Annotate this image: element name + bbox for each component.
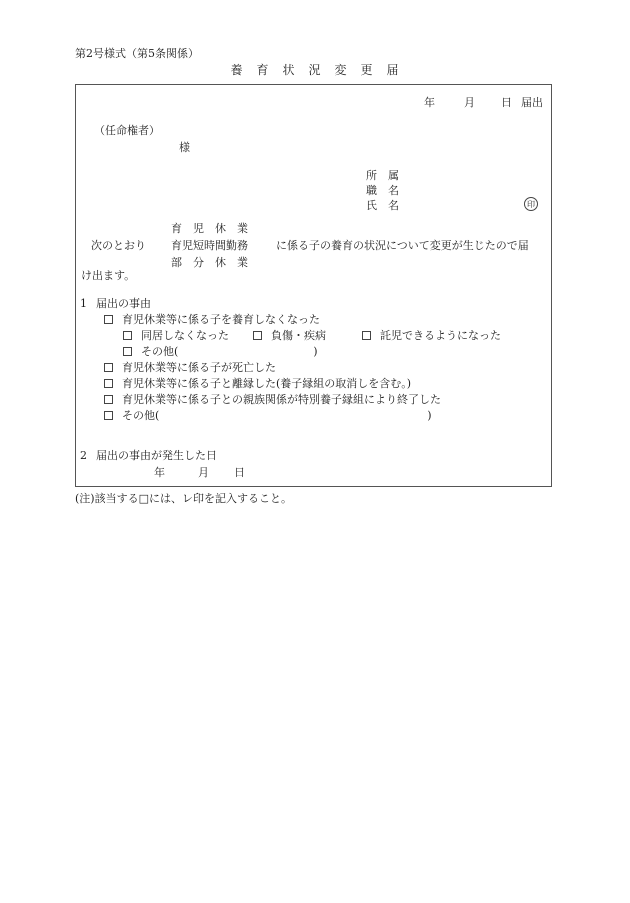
statement-option-shortened-hours: 育児短時間勤務: [171, 239, 248, 252]
submit-date-year-label: 年: [424, 96, 435, 109]
document-title: 養 育 状 況 変 更 届: [0, 64, 630, 77]
reason-row-child-died: 育児休業等に係る子が死亡した: [104, 361, 276, 374]
label-sub-other-close: ): [313, 345, 317, 358]
reason-row-not-raising: 育児休業等に係る子を養育しなくなった: [104, 313, 320, 326]
section2-date-line: 年月日: [154, 466, 245, 479]
statement-suffix: に係る子の養育の状況について変更が生じたので届: [276, 239, 529, 252]
affiliation-label: 所 属: [366, 169, 399, 182]
checkbox-sub-other[interactable]: [123, 347, 132, 356]
label-sub-other-open: その他(: [141, 345, 178, 358]
checkbox-other[interactable]: [104, 411, 113, 420]
submit-date-month-label: 月: [464, 96, 475, 109]
submit-date-line: 年月日届出: [424, 96, 543, 109]
checkbox-injury-illness[interactable]: [253, 331, 262, 340]
label-adoption-dissolved: 育児休業等に係る子と離縁した(養子縁組の取消しを含む。): [122, 377, 411, 390]
form-number: 第2号様式（第5条関係）: [75, 47, 199, 60]
statement-prefix: 次のとおり: [91, 239, 146, 252]
section1-heading: 届出の事由: [96, 297, 151, 310]
section1-number: 1: [80, 297, 96, 310]
statement-option-partial-leave: 部 分 休 業: [171, 256, 248, 269]
section2-heading-row: 2届出の事由が発生した日: [80, 449, 217, 462]
label-not-raising: 育児休業等に係る子を養育しなくなった: [122, 313, 320, 326]
form-border-box: 年月日届出 （任命権者） 様 所 属 職 名 氏 名 印 次のとおり 育 児 休…: [75, 84, 552, 487]
section2-day-label: 日: [234, 466, 245, 479]
section2-month-label: 月: [198, 466, 209, 479]
checkbox-child-died[interactable]: [104, 363, 113, 372]
footnote: (注)該当する□には、レ印を記入すること。: [75, 492, 292, 505]
label-not-cohabiting: 同居しなくなった: [141, 329, 229, 342]
reason-row-adoption-dissolved: 育児休業等に係る子と離縁した(養子縁組の取消しを含む。): [104, 377, 411, 390]
label-injury-illness: 負傷・疾病: [271, 329, 326, 342]
section1-heading-row: 1届出の事由: [80, 297, 151, 310]
checkbox-not-cohabiting[interactable]: [123, 331, 132, 340]
position-label: 職 名: [366, 184, 399, 197]
checkbox-adoption-dissolved[interactable]: [104, 379, 113, 388]
checkbox-daycare-available[interactable]: [362, 331, 371, 340]
checkbox-special-adoption-ended[interactable]: [104, 395, 113, 404]
label-other-open: その他(: [122, 409, 159, 422]
checkbox-not-raising[interactable]: [104, 315, 113, 324]
section2-year-label: 年: [154, 466, 165, 479]
reason-row-other: その他(): [104, 409, 432, 422]
section2-number: 2: [80, 449, 96, 462]
statement-option-childcare-leave: 育 児 休 業: [171, 222, 248, 235]
addressee-label: （任命権者）: [94, 124, 160, 137]
section2-heading: 届出の事由が発生した日: [96, 449, 217, 462]
label-child-died: 育児休業等に係る子が死亡した: [122, 361, 276, 374]
reason-subrow-details: 同居しなくなった負傷・疾病託児できるようになった: [123, 329, 501, 342]
name-label: 氏 名: [366, 199, 399, 212]
reason-subrow-other: その他(): [123, 345, 318, 358]
document-page: 第2号様式（第5条関係） 養 育 状 況 変 更 届 年月日届出 （任命権者） …: [0, 0, 630, 903]
submit-date-day-label: 日: [501, 96, 512, 109]
addressee-honorific: 様: [179, 141, 190, 154]
statement-continuation: け出ます。: [81, 269, 135, 282]
seal-mark-icon: 印: [524, 197, 538, 211]
reason-row-special-adoption-ended: 育児休業等に係る子との親族関係が特別養子縁組により終了した: [104, 393, 441, 406]
submit-date-suffix: 届出: [521, 96, 543, 109]
label-special-adoption-ended: 育児休業等に係る子との親族関係が特別養子縁組により終了した: [122, 393, 441, 406]
label-other-close: ): [427, 409, 431, 422]
label-daycare-available: 託児できるようになった: [380, 329, 501, 342]
